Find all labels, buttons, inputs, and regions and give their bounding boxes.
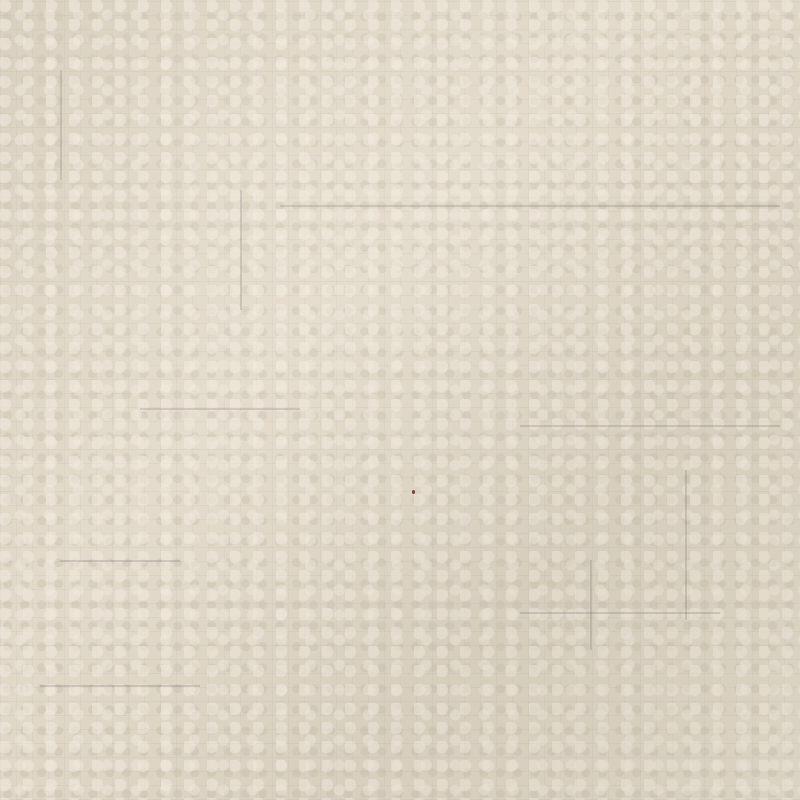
rug-texture-photo bbox=[0, 0, 800, 800]
lighting-sheen bbox=[0, 0, 800, 800]
